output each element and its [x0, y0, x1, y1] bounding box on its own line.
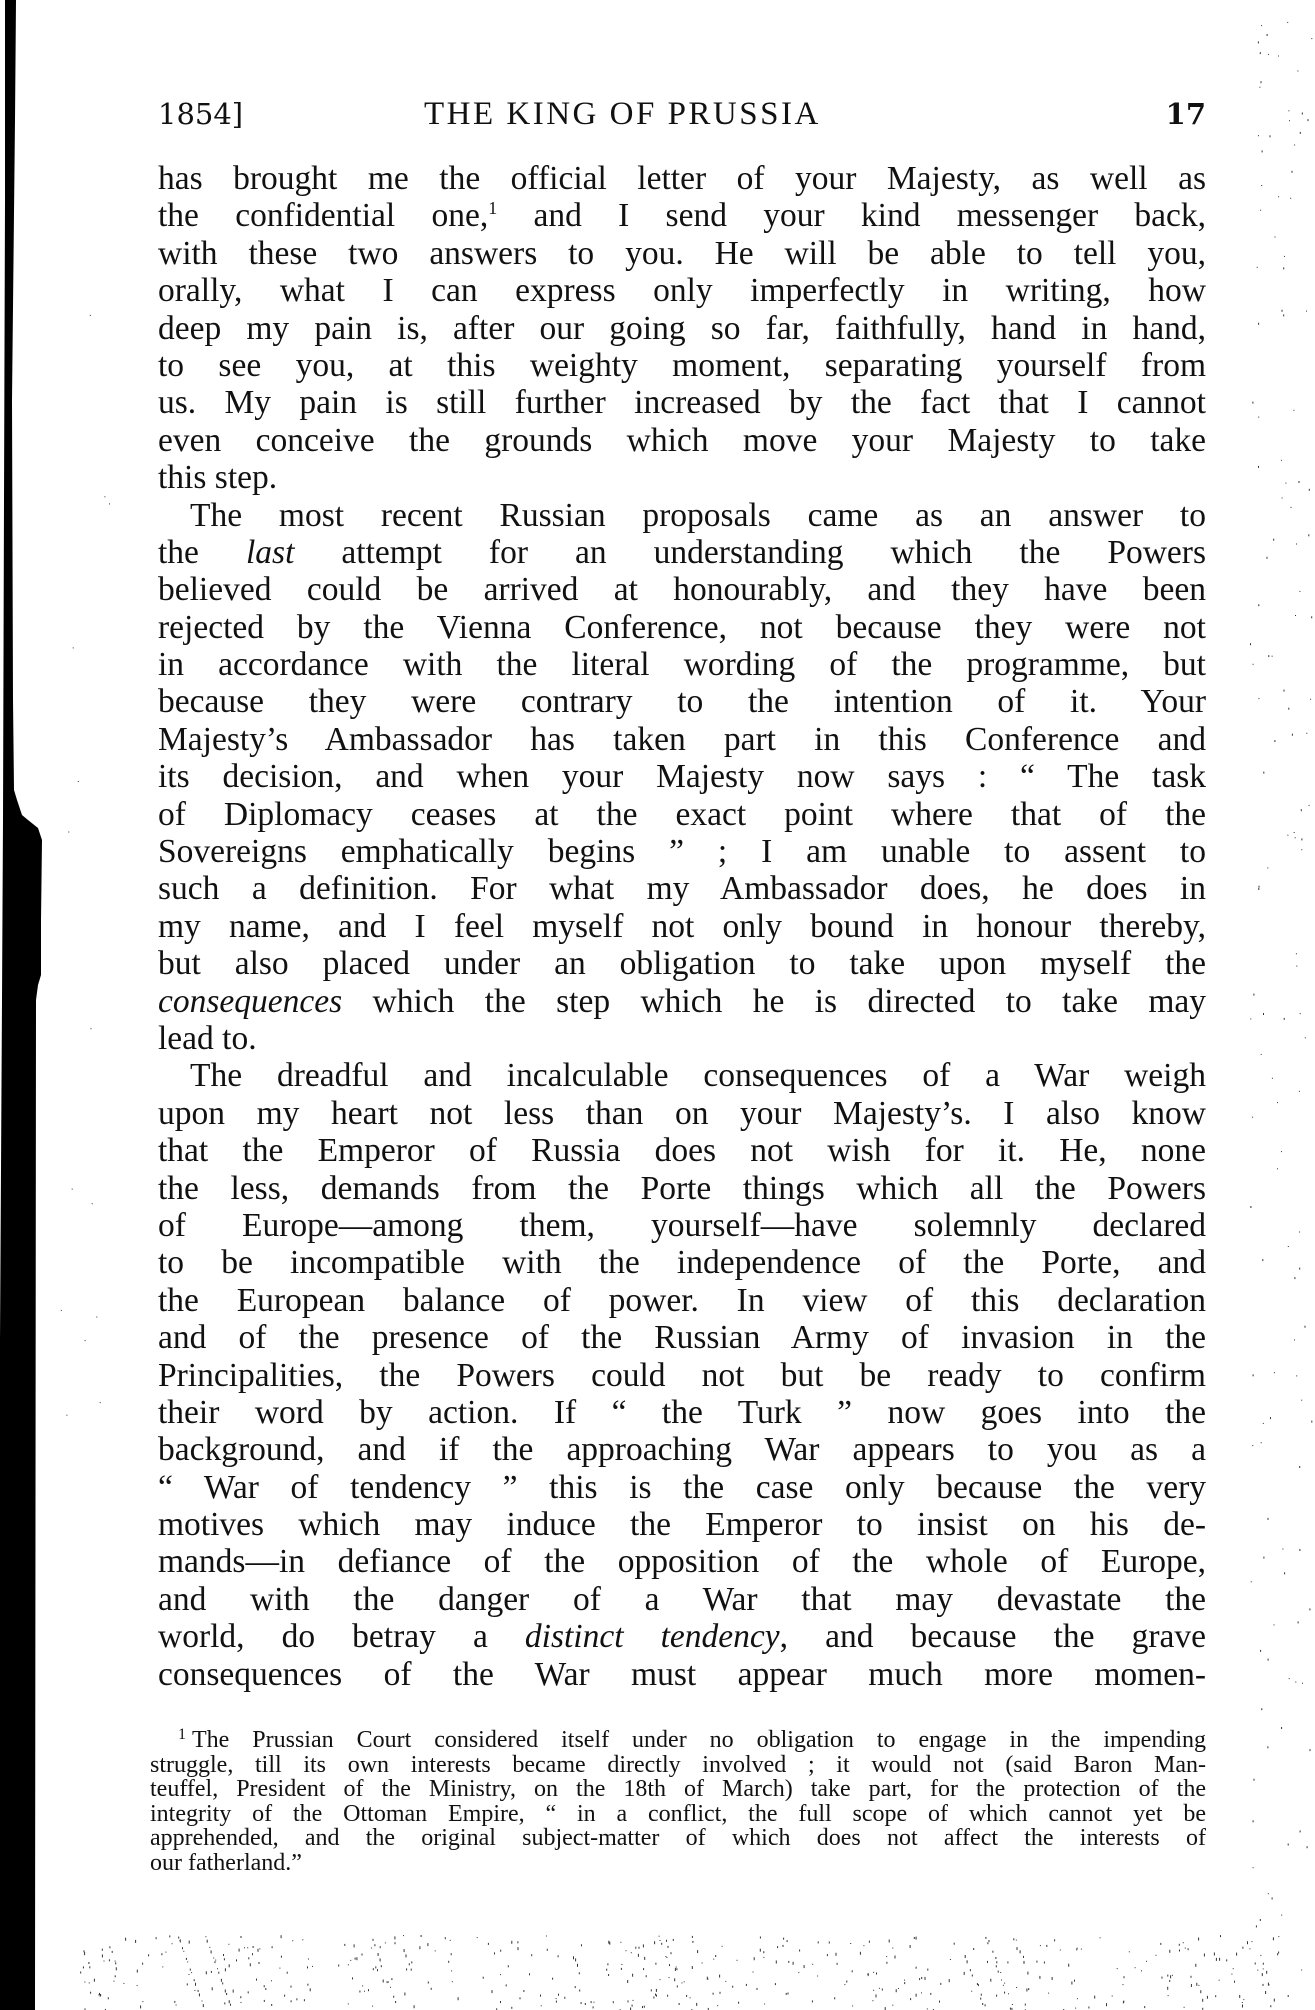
- text-span: their word by action. If “ the Turk ” no…: [158, 1394, 1206, 1431]
- text-line: lead to.: [158, 1020, 1206, 1057]
- footnote-line: teuffel, President of the Ministry, on t…: [150, 1777, 1206, 1802]
- paragraph: The most recent Russian proposals came a…: [158, 497, 1206, 1058]
- text-line: believed could be arrived at honourably,…: [158, 571, 1206, 608]
- text-span: motives which may induce the Emperor to …: [158, 1506, 1206, 1543]
- scan-edge-shadow: [0, 0, 60, 2010]
- text-line: motives which may induce the Emperor to …: [158, 1506, 1206, 1543]
- text-line: of Europe—among them, yourself—have sole…: [158, 1207, 1206, 1244]
- text-span: believed could be arrived at honourably,…: [158, 571, 1206, 608]
- text-span: the confidential one,: [158, 197, 488, 234]
- text-line: because they were contrary to the intent…: [158, 683, 1206, 720]
- footnote-line: struggle, till its own interests became …: [150, 1753, 1206, 1778]
- text-span: world, do betray a: [158, 1618, 525, 1655]
- text-line: mands—in defiance of the opposition of t…: [158, 1543, 1206, 1580]
- text-span: attempt for an understanding which the P…: [294, 534, 1206, 571]
- footnote-line: our fatherland.”: [150, 1851, 1206, 1876]
- running-head-year: 1854]: [158, 96, 243, 132]
- text-span: The most recent Russian proposals came a…: [190, 497, 1206, 534]
- text-line: and of the presence of the Russian Army …: [158, 1319, 1206, 1356]
- text-span: with these two answers to you. He will b…: [158, 235, 1206, 272]
- text-line: their word by action. If “ the Turk ” no…: [158, 1394, 1206, 1431]
- text-line: consequences of the War must appear much…: [158, 1656, 1206, 1693]
- footnote-text: The Prussian Court considered itself und…: [192, 1727, 1206, 1753]
- italic-text: distinct tendency: [525, 1618, 780, 1655]
- paragraph: The dreadful and incalculable consequenc…: [158, 1057, 1206, 1693]
- text-line: the European balance of power. In view o…: [158, 1282, 1206, 1319]
- running-head: 1854] THE KING OF PRUSSIA 17: [158, 96, 1206, 132]
- text-span: mands—in defiance of the opposition of t…: [158, 1543, 1206, 1580]
- text-span: to see you, at this weighty moment, sepa…: [158, 347, 1206, 384]
- paragraph: has brought me the official letter of yo…: [158, 160, 1206, 497]
- text-line: this step.: [158, 459, 1206, 496]
- text-line: The most recent Russian proposals came a…: [158, 497, 1206, 534]
- text-span: which the step which he is directed to t…: [342, 983, 1206, 1020]
- text-line: Principalities, the Powers could not but…: [158, 1357, 1206, 1394]
- italic-text: last: [246, 534, 294, 571]
- body-text: has brought me the official letter of yo…: [158, 160, 1206, 1693]
- text-span: in accordance with the literal wording o…: [158, 646, 1206, 683]
- text-span: background, and if the approaching War a…: [158, 1431, 1206, 1468]
- italic-text: consequences: [158, 983, 342, 1020]
- footnote-line: 1The Prussian Court considered itself un…: [150, 1728, 1206, 1753]
- footnote-line: apprehended, and the original subject-ma…: [150, 1826, 1206, 1851]
- text-span: us. My pain is still further increased b…: [158, 384, 1206, 421]
- text-line: deep my pain is, after our going so far,…: [158, 310, 1206, 347]
- text-span: Majesty’s Ambassador has taken part in t…: [158, 721, 1206, 758]
- text-span: deep my pain is, after our going so far,…: [158, 310, 1206, 347]
- text-line: orally, what I can express only imperfec…: [158, 272, 1206, 309]
- text-line: The dreadful and incalculable consequenc…: [158, 1057, 1206, 1094]
- text-span: to be incompatible with the independence…: [158, 1244, 1206, 1281]
- text-line: its decision, and when your Majesty now …: [158, 758, 1206, 795]
- text-span: but also placed under an obligation to t…: [158, 945, 1206, 982]
- text-line: background, and if the approaching War a…: [158, 1431, 1206, 1468]
- footnote-number: 1: [178, 1726, 186, 1743]
- text-span: orally, what I can express only imperfec…: [158, 272, 1206, 309]
- text-line: consequences which the step which he is …: [158, 983, 1206, 1020]
- text-line: Sovereigns emphatically begins ” ; I am …: [158, 833, 1206, 870]
- text-span: such a definition. For what my Ambassado…: [158, 870, 1206, 907]
- text-line: rejected by the Vienna Conference, not b…: [158, 609, 1206, 646]
- text-span: upon my heart not less than on your Maje…: [158, 1095, 1206, 1132]
- text-span: its decision, and when your Majesty now …: [158, 758, 1206, 795]
- text-line: us. My pain is still further increased b…: [158, 384, 1206, 421]
- text-span: that the Emperor of Russia does not wish…: [158, 1132, 1206, 1169]
- text-line: upon my heart not less than on your Maje…: [158, 1095, 1206, 1132]
- text-span: because they were contrary to the intent…: [158, 683, 1206, 720]
- text-line: Majesty’s Ambassador has taken part in t…: [158, 721, 1206, 758]
- text-span: the less, demands from the Porte things …: [158, 1170, 1206, 1207]
- text-line: my name, and I feel myself not only boun…: [158, 908, 1206, 945]
- text-span: lead to.: [158, 1020, 257, 1057]
- footnote-text: our fatherland.”: [150, 1850, 302, 1876]
- text-line: the last attempt for an understanding wh…: [158, 534, 1206, 571]
- text-span: this step.: [158, 459, 277, 496]
- text-span: consequences of the War must appear much…: [158, 1656, 1206, 1693]
- text-span: Sovereigns emphatically begins ” ; I am …: [158, 833, 1206, 870]
- footnote-text: integrity of the Ottoman Empire, “ in a …: [150, 1801, 1206, 1827]
- text-line: with these two answers to you. He will b…: [158, 235, 1206, 272]
- text-span: of Europe—among them, yourself—have sole…: [158, 1207, 1206, 1244]
- footnote-text: struggle, till its own interests became …: [150, 1752, 1206, 1778]
- text-line: and with the danger of a War that may de…: [158, 1581, 1206, 1618]
- text-span: the: [158, 534, 246, 571]
- text-span: my name, and I feel myself not only boun…: [158, 908, 1206, 945]
- text-line: such a definition. For what my Ambassado…: [158, 870, 1206, 907]
- footnote: 1The Prussian Court considered itself un…: [150, 1728, 1206, 1876]
- text-span: and with the danger of a War that may de…: [158, 1581, 1206, 1618]
- text-line: but also placed under an obligation to t…: [158, 945, 1206, 982]
- text-line: in accordance with the literal wording o…: [158, 646, 1206, 683]
- text-line: has brought me the official letter of yo…: [158, 160, 1206, 197]
- text-line: even conceive the grounds which move you…: [158, 422, 1206, 459]
- footnote-reference[interactable]: 1: [488, 198, 497, 218]
- text-span: even conceive the grounds which move you…: [158, 422, 1206, 459]
- footnote-text: apprehended, and the original subject-ma…: [150, 1825, 1206, 1851]
- text-line: world, do betray a distinct tendency, an…: [158, 1618, 1206, 1655]
- text-line: the less, demands from the Porte things …: [158, 1170, 1206, 1207]
- text-line: “ War of tendency ” this is the case onl…: [158, 1469, 1206, 1506]
- footnotes: 1The Prussian Court considered itself un…: [150, 1728, 1206, 1876]
- text-span: , and because the grave: [780, 1618, 1206, 1655]
- footnote-line: integrity of the Ottoman Empire, “ in a …: [150, 1802, 1206, 1827]
- text-line: the confidential one,1 and I send your k…: [158, 197, 1206, 234]
- footnote-text: teuffel, President of the Ministry, on t…: [150, 1776, 1206, 1802]
- text-line: to be incompatible with the independence…: [158, 1244, 1206, 1281]
- text-line: that the Emperor of Russia does not wish…: [158, 1132, 1206, 1169]
- text-span: of Diplomacy ceases at the exact point w…: [158, 796, 1206, 833]
- text-line: of Diplomacy ceases at the exact point w…: [158, 796, 1206, 833]
- text-span: Principalities, the Powers could not but…: [158, 1357, 1206, 1394]
- text-span: The dreadful and incalculable consequenc…: [190, 1057, 1206, 1094]
- text-line: to see you, at this weighty moment, sepa…: [158, 347, 1206, 384]
- text-span: the European balance of power. In view o…: [158, 1282, 1206, 1319]
- running-head-title: THE KING OF PRUSSIA: [424, 96, 821, 132]
- text-span: rejected by the Vienna Conference, not b…: [158, 609, 1206, 646]
- text-span: “ War of tendency ” this is the case onl…: [158, 1469, 1206, 1506]
- text-span: and of the presence of the Russian Army …: [158, 1319, 1206, 1356]
- page-number: 17: [1166, 96, 1206, 132]
- text-span: has brought me the official letter of yo…: [158, 160, 1206, 197]
- text-span: and I send your kind messenger back,: [497, 197, 1206, 234]
